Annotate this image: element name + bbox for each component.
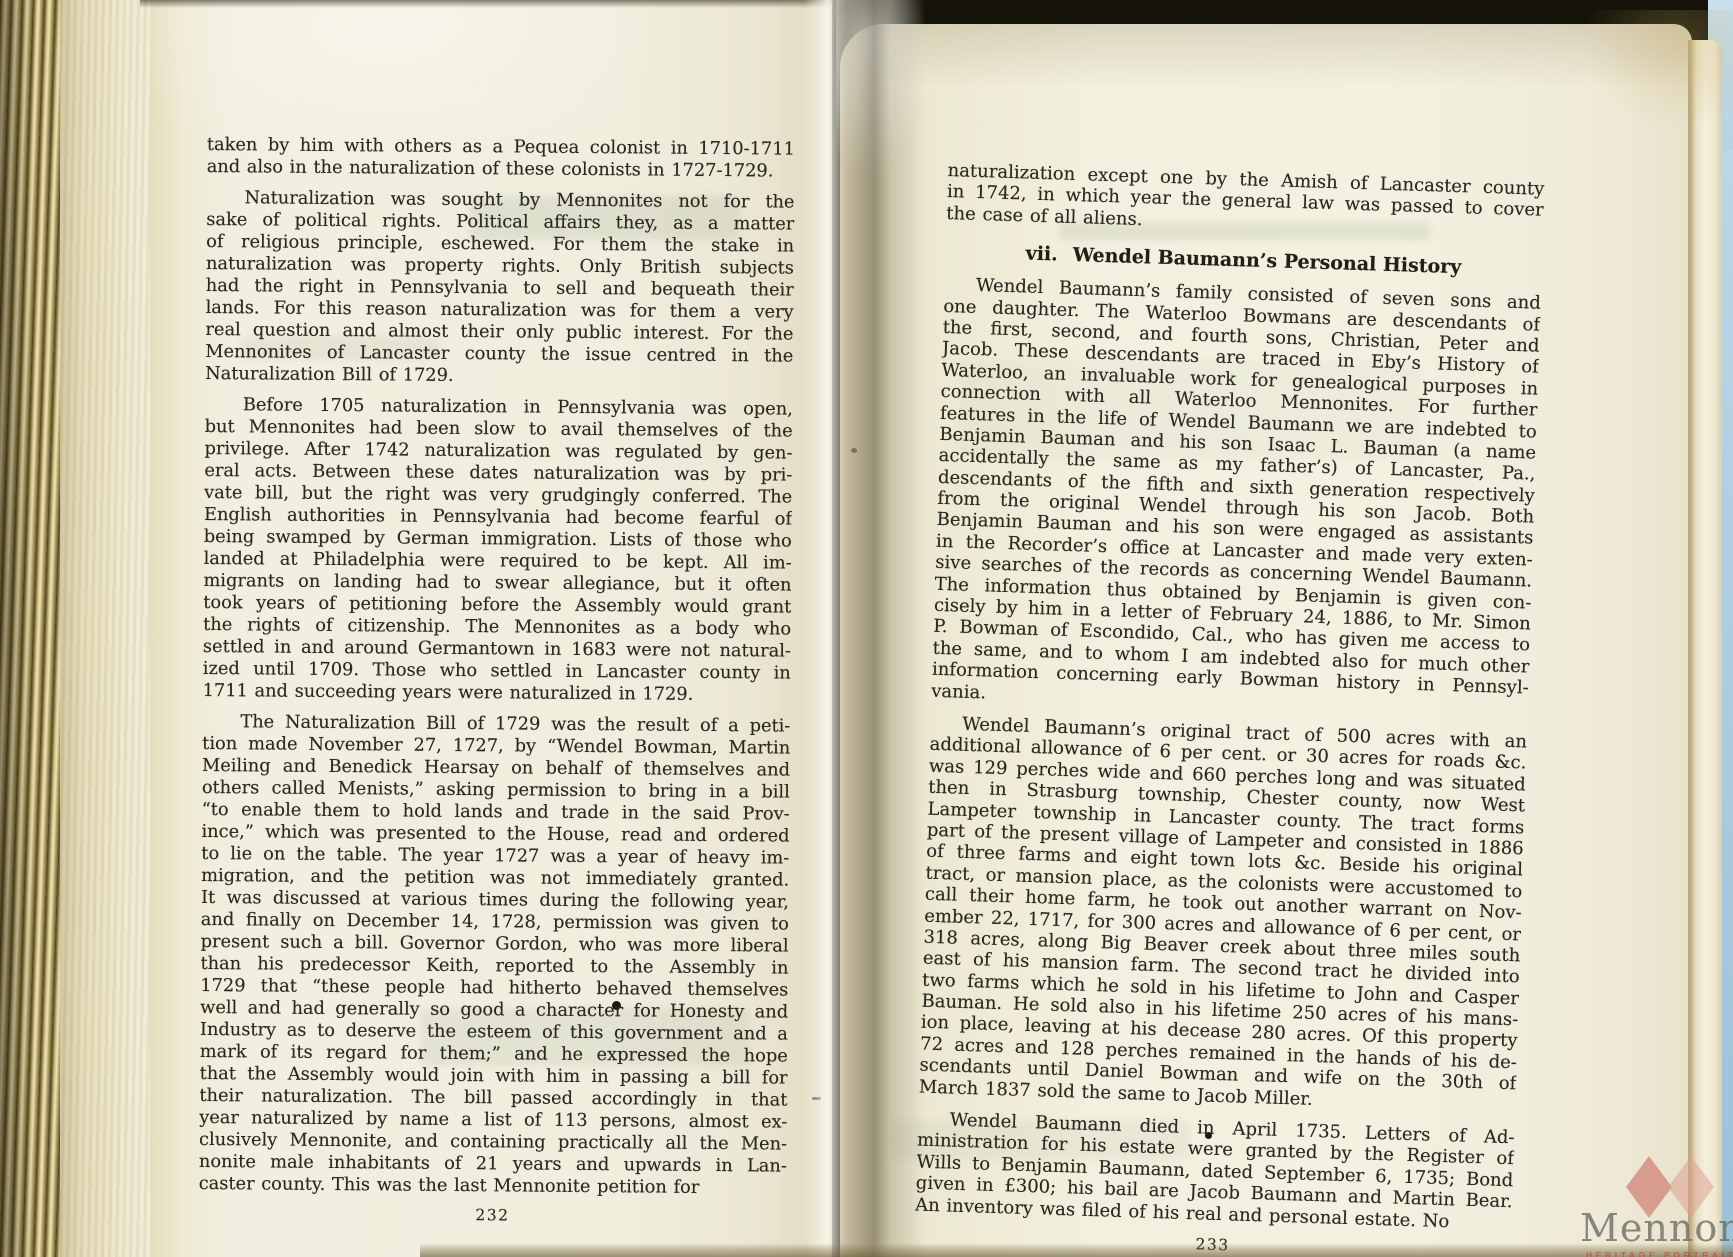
paragraph: taken by him with others as a Pequea col… — [207, 134, 795, 183]
scanner-background-right-edge — [1722, 150, 1733, 1257]
top-edge-shadow — [140, 0, 850, 8]
book-scan: taken by him with others as a Pequea col… — [0, 0, 1733, 1257]
text-line: caster county. This was the last Mennoni… — [199, 1173, 787, 1200]
left-page-text: taken by him with others as a Pequea col… — [198, 134, 795, 1227]
right-fore-edge-strip — [1688, 40, 1722, 1257]
text-line: 1711 and succeeding years were naturaliz… — [203, 680, 791, 707]
paragraph: Naturalization was sought by Mennonites … — [205, 187, 795, 390]
paragraph: Before 1705 naturalization in Pennsylvan… — [203, 394, 793, 707]
paragraph: The Naturalization Bill of 1729 was the … — [199, 711, 791, 1200]
section-heading: vii.Wendel Baumann’s Personal History — [945, 240, 1542, 281]
page-stack-fore-edge — [0, 0, 64, 1257]
text-line: Naturalization Bill of 1729. — [205, 363, 793, 390]
right-page-text: naturalization except one by the Amish o… — [914, 160, 1545, 1257]
section-title: Wendel Baumann’s Personal History — [1072, 244, 1461, 278]
paragraph: Wendel Baumann died in April 1735. Lette… — [915, 1109, 1515, 1235]
ink-speck — [812, 1097, 821, 1100]
section-number: vii. — [1025, 243, 1058, 266]
paragraph: Wendel Baumann’s original tract of 500 a… — [919, 713, 1528, 1117]
paragraph: Wendel Baumann’s family consisted of sev… — [931, 274, 1541, 720]
ink-speck — [851, 448, 857, 453]
text-line: and also in the naturalization of these … — [207, 156, 795, 183]
